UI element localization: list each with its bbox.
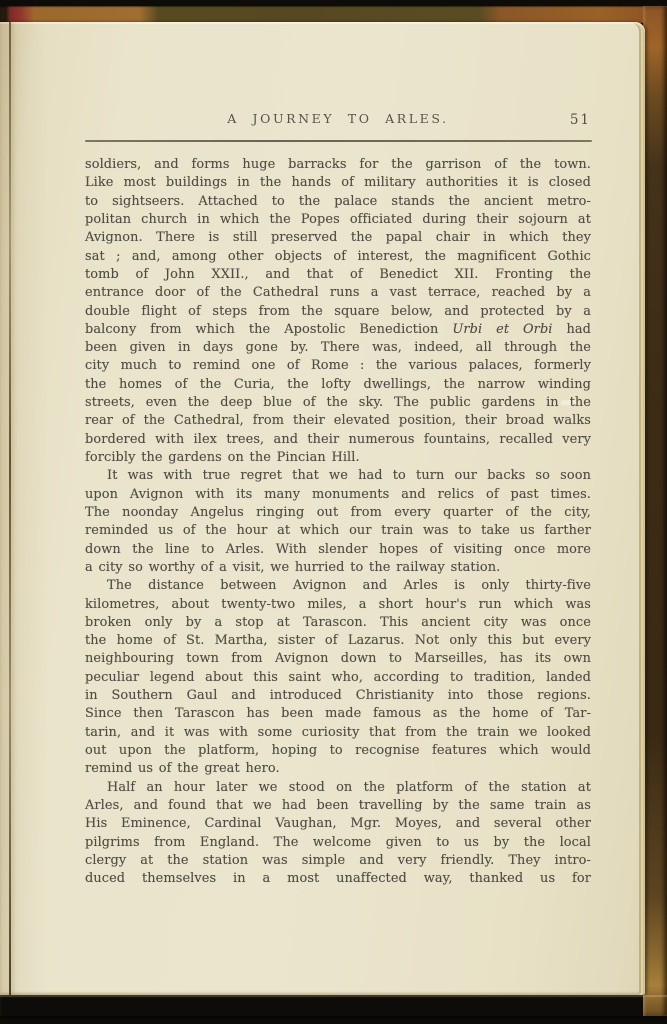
text-line: clergy at the station was simple and ver…	[85, 852, 591, 870]
book-cover-right-edge	[643, 6, 667, 1016]
running-header: A JOURNEY TO ARLES. 51	[85, 111, 591, 129]
text-line: pilgrims from England. The welcome given…	[85, 834, 591, 852]
text-line: It was with true regret that we had to t…	[85, 467, 591, 485]
scanned-book-photo: A JOURNEY TO ARLES. 51 soldiers, and for…	[0, 0, 667, 1024]
text-line: kilometres, about twenty-two miles, a sh…	[85, 596, 591, 614]
text-line: out upon the platform, hoping to recogni…	[85, 742, 591, 760]
text-line: Half an hour later we stood on the platf…	[85, 779, 591, 797]
text-line: entrance door of the Cathedral runs a va…	[85, 284, 591, 302]
text-line: the home of St. Martha, sister of Lazaru…	[85, 632, 591, 650]
text-line: sat ; and, among other objects of intere…	[85, 248, 591, 266]
text-line: His Eminence, Cardinal Vaughan, Mgr. Moy…	[85, 815, 591, 833]
text-line: soldiers, and forms huge barracks for th…	[85, 156, 591, 174]
text-line: reminded us of the hour at which our tra…	[85, 522, 591, 540]
text-line: remind us of the great hero.	[85, 760, 591, 778]
book-page: A JOURNEY TO ARLES. 51 soldiers, and for…	[0, 22, 645, 995]
book-cover-bottom-edge	[0, 995, 667, 1016]
text-line: neighbouring town from Avignon down to M…	[85, 650, 591, 668]
text-line: in Southern Gaul and introduced Christia…	[85, 687, 591, 705]
text-line: Like most buildings in the hands of mili…	[85, 174, 591, 192]
text-line: upon Avignon with its many monuments and…	[85, 486, 591, 504]
text-line: streets, even the deep blue of the sky. …	[85, 394, 591, 412]
text-line: duced themselves in a most unaffected wa…	[85, 870, 591, 888]
text-line: tomb of John XXII., and that of Benedict…	[85, 266, 591, 284]
text-line: Arles, and found that we had been travel…	[85, 797, 591, 815]
text-line: Avignon. There is still preserved the pa…	[85, 229, 591, 247]
text-line: city much to remind one of Rome : the va…	[85, 357, 591, 375]
page-number: 51	[570, 112, 591, 128]
text-line: Since then Tarascon has been made famous…	[85, 705, 591, 723]
text-line: the homes of the Curia, the lofty dwelli…	[85, 376, 591, 394]
text-line: tarin, and it was with some curiosity th…	[85, 724, 591, 742]
text-line: forcibly the gardens on the Pincian Hill…	[85, 449, 591, 467]
text-line: bordered with ilex trees, and their nume…	[85, 431, 591, 449]
paragraph: Half an hour later we stood on the platf…	[85, 779, 591, 889]
text-line: politan church in which the Popes offici…	[85, 211, 591, 229]
text-line: The noonday Angelus ringing out from eve…	[85, 504, 591, 522]
paragraph: It was with true regret that we had to t…	[85, 467, 591, 577]
text-block: soldiers, and forms huge barracks for th…	[85, 156, 591, 889]
header-rule	[85, 140, 592, 142]
paragraph: soldiers, and forms huge barracks for th…	[85, 156, 591, 467]
text-line: balcony from which the Apostolic Benedic…	[85, 321, 591, 339]
text-line: been given in days gone by. There was, i…	[85, 339, 591, 357]
text-line: down the line to Arles. With slender hop…	[85, 541, 591, 559]
text-line: rear of the Cathedral, from their elevat…	[85, 412, 591, 430]
text-line: The distance between Avignon and Arles i…	[85, 577, 591, 595]
paragraph: The distance between Avignon and Arles i…	[85, 577, 591, 778]
page-title: A JOURNEY TO ARLES.	[85, 111, 591, 126]
text-line: peculiar legend about this saint who, ac…	[85, 669, 591, 687]
text-line: to sightseers. Attached to the palace st…	[85, 193, 591, 211]
text-line: a city so worthy of a visit, we hurried …	[85, 559, 591, 577]
book-cover-top-edge	[0, 6, 667, 23]
text-line: broken only by a stop at Tarascon. This …	[85, 614, 591, 632]
text-line: double flight of steps from the square b…	[85, 303, 591, 321]
page-gutter-fold	[9, 22, 11, 995]
